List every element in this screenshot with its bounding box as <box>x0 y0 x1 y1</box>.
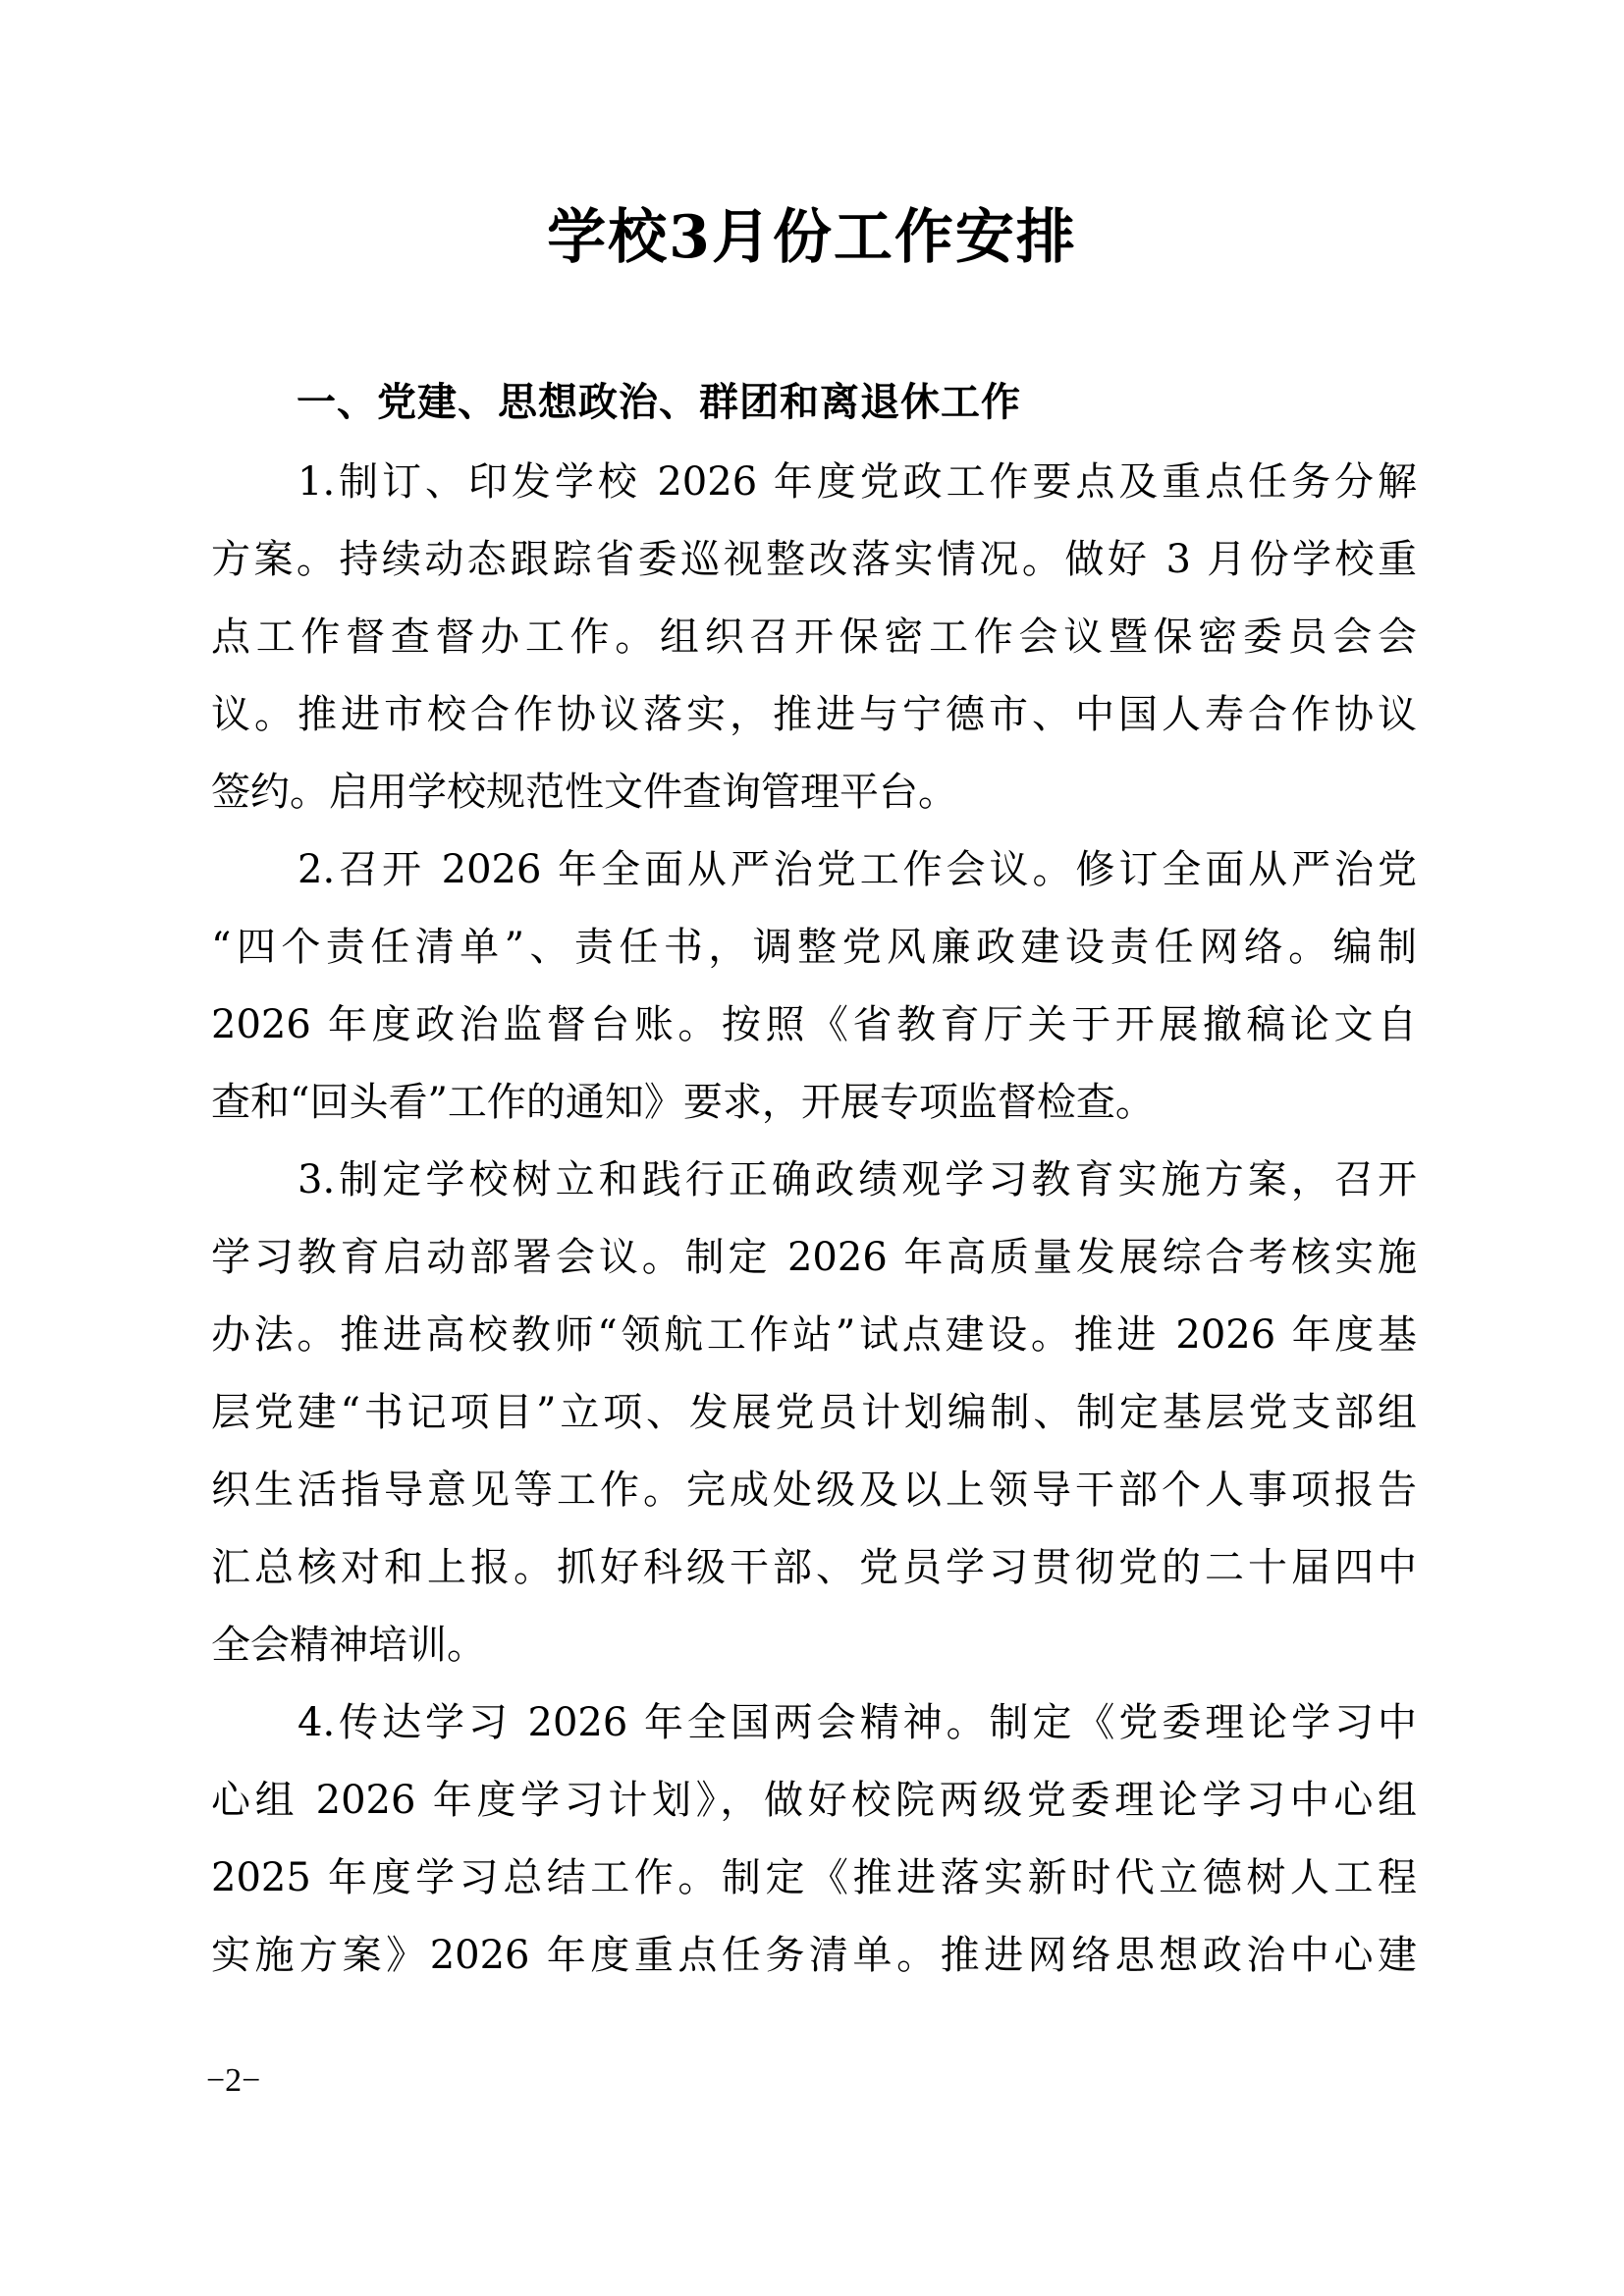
paragraph-line: 议。推进市校合作协议落实，推进与宁德市、中国人寿合作协议 <box>211 676 1417 754</box>
paragraph-line: 实施方案》2026 年度重点任务清单。推进网络思想政治中心建 <box>211 1917 1417 1995</box>
paragraph-3: 3.制定学校树立和践行正确政绩观学习教育实施方案，召开 学习教育启动部署会议。制… <box>211 1142 1417 1684</box>
paragraph-line: 层党建“书记项目”立项、发展党员计划编制、制定基层党支部组 <box>211 1374 1417 1452</box>
paragraph-2: 2.召开 2026 年全面从严治党工作会议。修订全面从严治党 “四个责任清单”、… <box>211 831 1417 1142</box>
paragraph-line: 点工作督查督办工作。组织召开保密工作会议暨保密委员会会 <box>211 599 1417 676</box>
paragraph-line: 方案。持续动态跟踪省委巡视整改落实情况。做好 3 月份学校重 <box>211 521 1417 599</box>
paragraph-line: 查和“回头看”工作的通知》要求，开展专项监督检查。 <box>211 1064 1417 1142</box>
paragraph-line: 汇总核对和上报。抓好科级干部、党员学习贯彻党的二十届四中 <box>211 1529 1417 1607</box>
section-heading-party-building: 一、党建、思想政治、群团和离退休工作 <box>297 373 1021 432</box>
paragraph-line: 3.制定学校树立和践行正确政绩观学习教育实施方案，召开 <box>211 1142 1417 1219</box>
paragraph-line: 4.传达学习 2026 年全国两会精神。制定《党委理论学习中 <box>211 1684 1417 1762</box>
page-number: −2− <box>206 2059 260 2103</box>
paragraph-line: 2026 年度政治监督台账。按照《省教育厅关于开展撤稿论文自 <box>211 987 1417 1064</box>
paragraph-line: 2025 年度学习总结工作。制定《推进落实新时代立德树人工程 <box>211 1840 1417 1917</box>
paragraph-line: 心组 2026 年度学习计划》，做好校院两级党委理论学习中心组 <box>211 1762 1417 1840</box>
paragraph-line: 1.制订、印发学校 2026 年度党政工作要点及重点任务分解 <box>211 444 1417 521</box>
paragraph-line: 全会精神培训。 <box>211 1607 1417 1684</box>
paragraph-line: 办法。推进高校教师“领航工作站”试点建设。推进 2026 年度基 <box>211 1297 1417 1374</box>
document-page: 学校3月份工作安排 一、党建、思想政治、群团和离退休工作 1.制订、印发学校 2… <box>0 0 1624 2296</box>
paragraph-line: “四个责任清单”、责任书，调整党风廉政建设责任网络。编制 <box>211 909 1417 987</box>
paragraph-1: 1.制订、印发学校 2026 年度党政工作要点及重点任务分解 方案。持续动态跟踪… <box>211 444 1417 831</box>
paragraph-line: 织生活指导意见等工作。完成处级及以上领导干部个人事项报告 <box>211 1452 1417 1529</box>
document-title: 学校3月份工作安排 <box>0 198 1624 277</box>
paragraph-line: 签约。启用学校规范性文件查询管理平台。 <box>211 754 1417 831</box>
paragraph-4: 4.传达学习 2026 年全国两会精神。制定《党委理论学习中 心组 2026 年… <box>211 1684 1417 1995</box>
paragraph-line: 2.召开 2026 年全面从严治党工作会议。修订全面从严治党 <box>211 831 1417 909</box>
paragraph-line: 学习教育启动部署会议。制定 2026 年高质量发展综合考核实施 <box>211 1219 1417 1297</box>
